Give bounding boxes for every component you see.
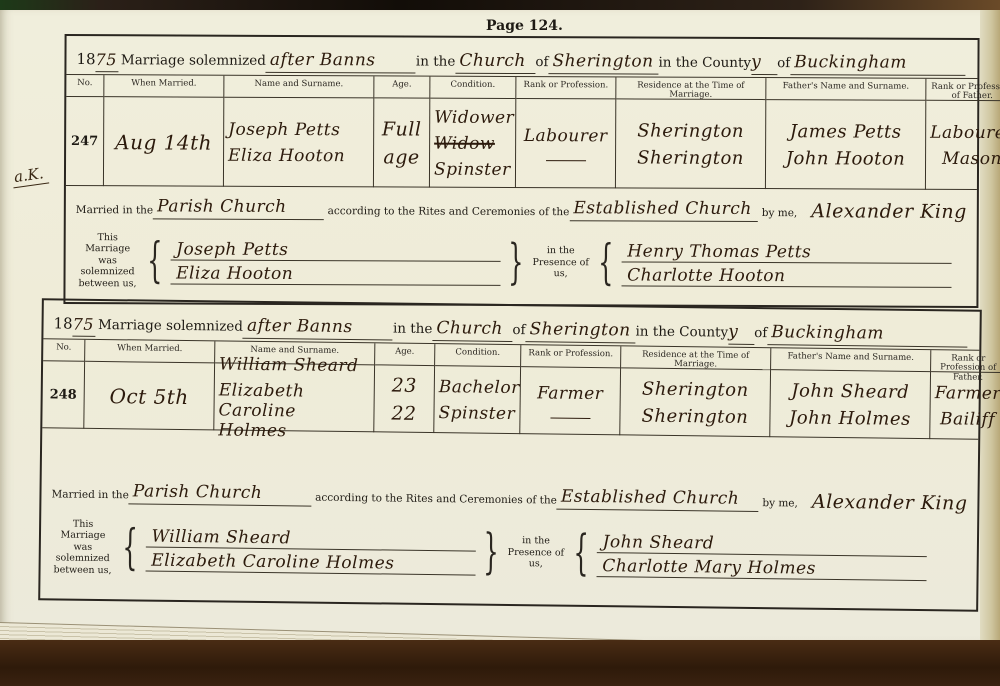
label-in-the-county: in the County: [658, 55, 751, 75]
label-of-county: of: [777, 55, 790, 75]
column-header: Rank or Profession of Father.: [926, 79, 1000, 101]
cell-value: John Hooton: [786, 148, 906, 170]
col-father-rank: Rank or Profession of Father.LabourerMas…: [926, 79, 1000, 190]
married-in-line: Married in the Parish Church according t…: [76, 196, 967, 223]
column-header: No.: [66, 75, 103, 97]
county: Buckingham: [790, 52, 965, 76]
column-header: Father's Name and Surname.: [766, 78, 925, 101]
cell-value: Bailiff: [940, 409, 995, 430]
county-suffix: y: [751, 52, 777, 75]
column-header: Name and Surname.: [224, 76, 373, 99]
cell-value: 248: [50, 387, 77, 402]
col-rank: Rank or Profession.Farmer: [520, 345, 621, 435]
party-signatures: William Sheard Elizabeth Caroline Holmes: [145, 524, 476, 576]
cell-value: Labourer: [524, 126, 608, 146]
dash-blank: [550, 417, 590, 418]
county-suffix: y: [728, 322, 754, 345]
label-in-the: in the: [416, 54, 456, 74]
cell-value: James Petts: [790, 121, 902, 142]
marriage-entry: 1875Marriage solemnized after Banns in t…: [63, 34, 979, 308]
col-number: No.247: [66, 75, 104, 186]
cell-value: Labourer: [930, 122, 1000, 142]
church-type: Church: [455, 51, 535, 74]
minister-signature: Alexander King: [812, 491, 968, 515]
signature-groom: Joseph Petts: [176, 240, 288, 260]
label-in-the: in the: [393, 321, 433, 341]
col-residence: Residence at the Time of Marriage.Sherin…: [616, 77, 766, 189]
column-header: No.: [43, 339, 84, 361]
signature-witness-1: Henry Thomas Petts: [627, 242, 811, 263]
col-father-name: Father's Name and Surname.James PettsJoh…: [766, 78, 926, 190]
label-this-marriage: This Marriage was solemnized between us,: [75, 232, 139, 289]
minister-signature: Alexander King: [811, 200, 967, 223]
party-signatures: Joseph Petts Eliza Hooton: [170, 237, 500, 286]
cell-value: Sherington: [642, 405, 749, 427]
label-marriage-solemnized: Marriage solemnized: [98, 317, 243, 339]
label-by-me: by me,: [762, 207, 798, 222]
label-according-to: according to the Rites and Ceremonies of…: [328, 205, 570, 221]
col-name: Name and Surname.William SheardElizabeth…: [214, 341, 375, 432]
marriage-entry: 1875Marriage solemnized after Banns in t…: [38, 298, 982, 611]
solemnized-by: after Banns: [266, 50, 416, 74]
col-condition: Condition.WidowerWidowSpinster: [430, 77, 516, 188]
entry-table: No.247When Married.Aug 14thName and Surn…: [66, 74, 977, 190]
label-in-the-presence: in the Presence of us,: [506, 535, 566, 570]
cell-value: William Sheard: [219, 354, 370, 376]
label-according-to: according to the Rites and Ceremonies of…: [315, 492, 557, 510]
cell-value: Aug 14th: [115, 130, 212, 154]
witness-signatures: John Sheard Charlotte Mary Holmes: [596, 530, 927, 582]
cell-value: Spinster: [434, 159, 511, 179]
brace-left-witness: {: [573, 529, 589, 577]
married-in-place: Parish Church: [153, 196, 324, 220]
signature-bride: Elizabeth Caroline Holmes: [151, 551, 394, 574]
cell-value: Elizabeth Caroline Holmes: [218, 380, 370, 442]
cell-value: 23: [392, 374, 417, 396]
rites: Established Church: [569, 198, 757, 222]
column-header: Residence at the Time of Marriage.: [616, 77, 765, 100]
cell-value: Joseph Petts: [228, 119, 369, 140]
brace-left: {: [122, 524, 138, 572]
col-name: Name and Surname.Joseph PettsEliza Hooto…: [224, 76, 374, 188]
col-father-rank: Rank or Profession of Father.FarmerBaili…: [930, 350, 1000, 440]
label-married-in: Married in the: [51, 488, 129, 504]
cell-value: Oct 5th: [109, 384, 188, 409]
witness-signatures: Henry Thomas Petts Charlotte Hooton: [621, 239, 951, 288]
label-in-the-presence: in the Presence of us,: [531, 245, 591, 279]
column-header: Age.: [375, 343, 434, 366]
cell-value: Widow: [434, 133, 511, 153]
cell-value: Sherington: [637, 147, 744, 168]
cell-value: Sherington: [637, 120, 744, 141]
col-when-married: When Married.Aug 14th: [104, 75, 224, 187]
married-in-place: Parish Church: [129, 481, 312, 506]
church-type: Church: [432, 318, 512, 342]
label-of-county: of: [754, 325, 767, 345]
col-residence: Residence at the Time of Marriage.Sherin…: [620, 346, 771, 437]
cell-value: 247: [71, 134, 98, 149]
column-header: Age.: [374, 76, 429, 98]
column-header: Condition.: [430, 77, 515, 99]
label-of: of: [535, 54, 548, 74]
county: Buckingham: [767, 322, 968, 347]
parish: Sherington: [525, 319, 635, 343]
year-printed: 18: [53, 314, 72, 336]
cell-value: Eliza Hooton: [228, 145, 369, 166]
column-header: Rank or Profession of Father.: [931, 350, 1000, 373]
solemnized-by: after Banns: [243, 316, 393, 341]
signature-witness-2: Charlotte Mary Holmes: [602, 557, 816, 580]
married-in-line: Married in the Parish Church according t…: [51, 480, 967, 514]
col-when-married: When Married.Oct 5th: [84, 340, 215, 431]
cell-value: age: [383, 146, 419, 168]
parish: Sherington: [548, 51, 658, 74]
brace-right: }: [483, 528, 499, 576]
cell-value: Spinster: [438, 403, 515, 424]
column-header: Father's Name and Surname.: [771, 348, 930, 372]
label-in-the-county: in the County: [635, 324, 728, 345]
cell-value: Full: [382, 118, 422, 140]
col-age: Age.Fullage: [374, 76, 430, 187]
desk-background-bottom: [0, 640, 1000, 686]
column-header: Residence at the Time of Marriage.: [621, 346, 770, 370]
signature-witness-2: Charlotte Hooton: [627, 266, 785, 287]
column-header: Condition.: [435, 344, 520, 367]
col-rank: Rank or Profession.Labourer: [516, 77, 616, 188]
column-header: When Married.: [85, 340, 214, 364]
label-married-in: Married in the: [76, 204, 153, 219]
column-header: Rank or Profession.: [516, 77, 615, 99]
col-father-name: Father's Name and Surname.John SheardJoh…: [770, 348, 931, 439]
brace-right: }: [508, 238, 523, 286]
cell-value: John Sheard: [791, 380, 909, 402]
entry-header: 1875Marriage solemnized after Banns in t…: [76, 42, 965, 76]
page-number: Page 124.: [486, 18, 563, 34]
label-marriage-solemnized: Marriage solemnized: [121, 52, 266, 73]
signature-bride: Eliza Hooton: [176, 264, 293, 285]
year-handwritten: 75: [73, 315, 97, 337]
col-condition: Condition.BachelorSpinster: [434, 344, 521, 434]
year-printed: 18: [76, 50, 95, 72]
dash-blank: [546, 160, 586, 161]
brace-left: {: [147, 237, 162, 285]
rites: Established Church: [557, 487, 759, 512]
cell-value: Mason: [942, 148, 1000, 168]
label-by-me: by me,: [762, 497, 798, 512]
entry-table: No.248When Married.Oct 5thName and Surna…: [42, 338, 979, 439]
cell-value: Widower: [434, 107, 511, 127]
column-header: When Married.: [104, 75, 223, 98]
year-handwritten: 75: [96, 50, 119, 72]
cell-value: Farmer: [935, 383, 1000, 404]
col-number: No.248: [42, 339, 85, 429]
col-age: Age.2322: [374, 343, 435, 433]
cell-value: John Holmes: [789, 407, 911, 429]
signatures-block: This Marriage was solemnized between us,…: [75, 232, 966, 293]
signature-groom: William Sheard: [151, 527, 291, 549]
cell-value: Bachelor: [439, 377, 516, 398]
label-this-marriage: This Marriage was solemnized between us,: [50, 518, 115, 576]
signatures-block: This Marriage was solemnized between us,…: [50, 518, 967, 586]
signature-witness-1: John Sheard: [602, 533, 714, 554]
cell-value: Sherington: [642, 378, 749, 400]
cell-value: 22: [391, 402, 416, 424]
column-header: Rank or Profession.: [521, 345, 620, 368]
brace-left-witness: {: [598, 239, 613, 287]
label-of: of: [512, 322, 525, 342]
cell-value: Farmer: [537, 383, 603, 404]
